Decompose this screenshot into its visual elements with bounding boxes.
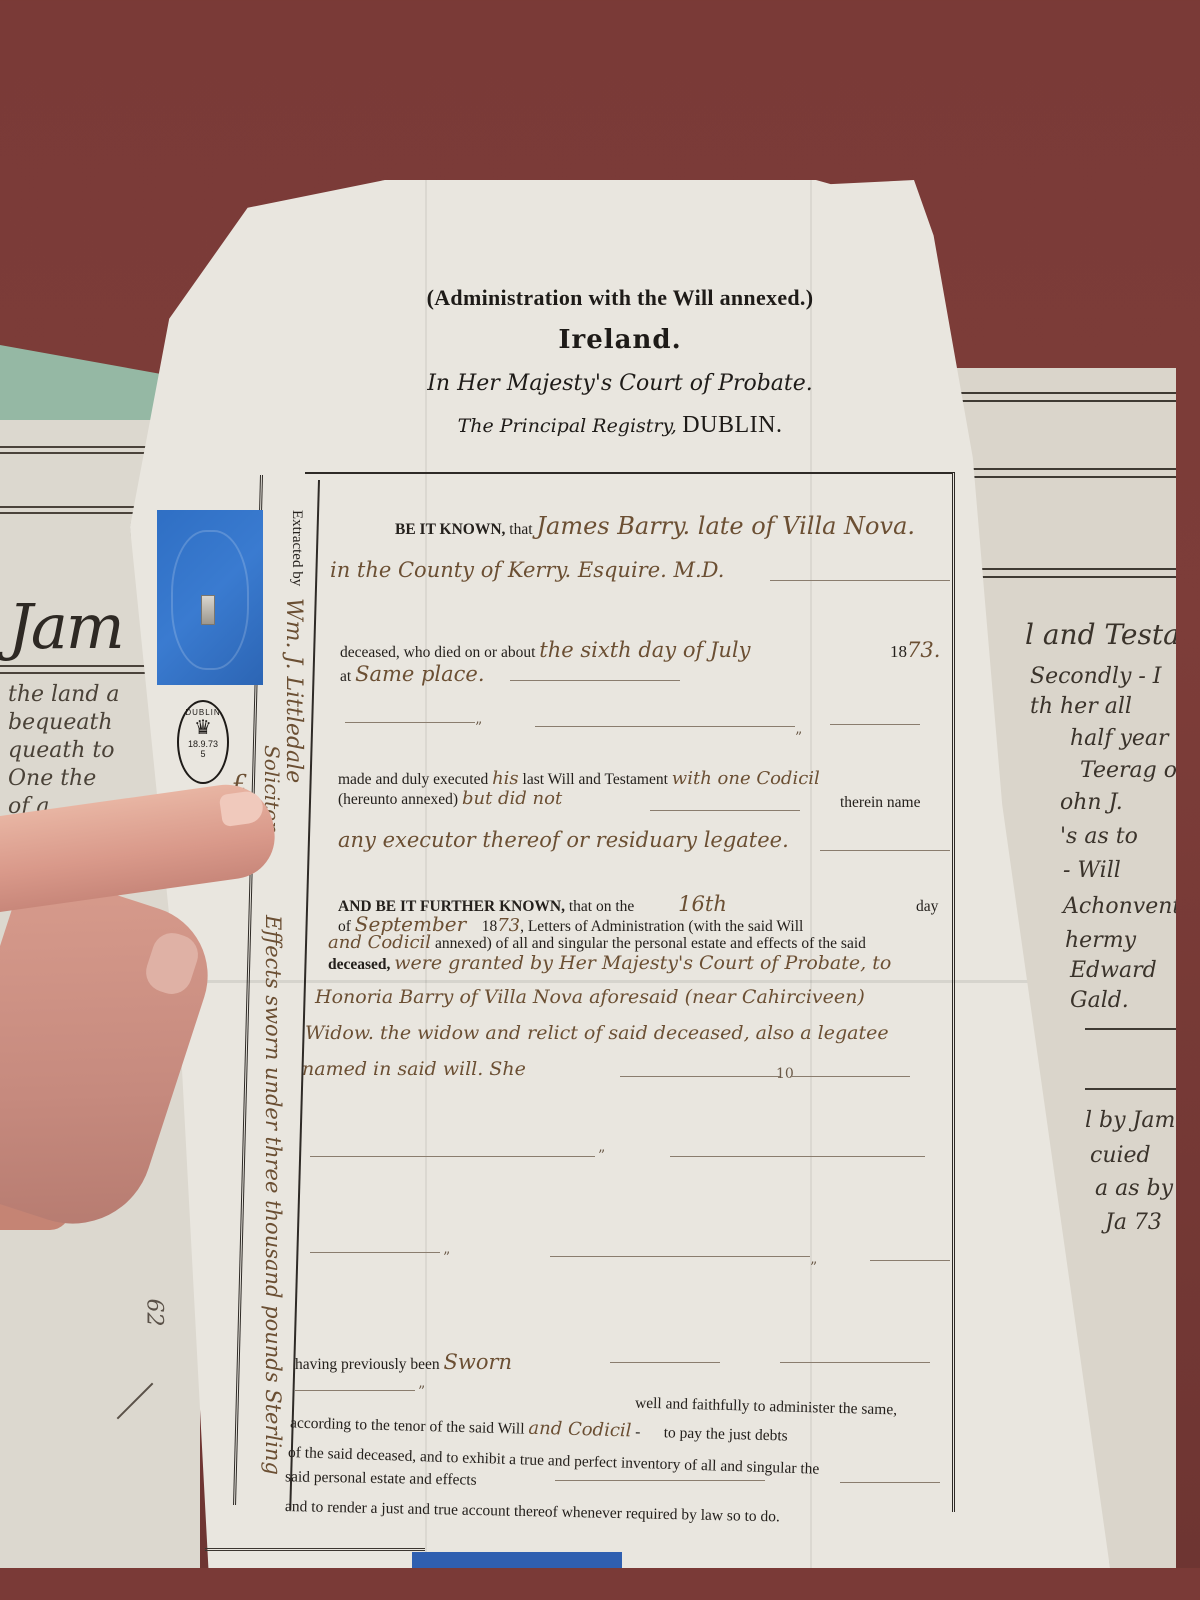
- lower-margin-mark: 62: [142, 1299, 167, 1327]
- revenue-stamp: [157, 510, 263, 685]
- therein-label: therein name: [840, 794, 920, 812]
- effects-row: said personal estate and effects: [285, 1468, 477, 1489]
- effects-sworn-note: Effects sworn under three thousand pound…: [261, 915, 285, 1475]
- right-doc-line: th her all: [1030, 694, 1132, 719]
- right-doc-line: Achonvent: [1063, 894, 1176, 919]
- executed-row: made and duly executed his last Will and…: [338, 768, 820, 789]
- death-row: deceased, who died on or about the sixth…: [340, 638, 750, 662]
- right-doc-line: hermy: [1065, 928, 1136, 953]
- day-label: day: [916, 898, 938, 916]
- granted-row: deceased, were granted by Her Majesty's …: [328, 952, 891, 974]
- be-it-known-row: BE IT KNOWN, that James Barry. late of V…: [395, 512, 915, 540]
- document-header: (Administration with the Will annexed.) …: [400, 285, 840, 439]
- left-doc-line: the land a: [8, 682, 120, 707]
- sworn-text: Sworn: [444, 1350, 513, 1374]
- right-doc-line: Ja 73: [1105, 1210, 1162, 1235]
- executor-note: any executor thereof or residuary legate…: [338, 828, 789, 852]
- grantee-line-1: Honoria Barry of Villa Nova aforesaid (n…: [315, 986, 865, 1008]
- extracted-by-name: Wm. J. Littledale: [281, 598, 306, 783]
- registry-title: The Principal Registry, DUBLIN.: [400, 412, 840, 439]
- right-doc-line: l and Testam: [1025, 618, 1176, 651]
- death-year: 1873.: [890, 638, 940, 662]
- extracted-by-label: Extracted by: [288, 510, 305, 586]
- annexed-row: (hereunto annexed) but did not: [338, 788, 562, 809]
- sworn-row: having previously been Sworn: [295, 1350, 512, 1374]
- crown-icon: ♛: [179, 717, 227, 739]
- codicil-annexed-row: and Codicil annexed) of all and singular…: [328, 932, 866, 953]
- bottom-rule: [205, 1548, 425, 1551]
- form-type: (Administration with the Will annexed.): [400, 285, 840, 311]
- right-doc-line: l by Jam: [1085, 1108, 1175, 1133]
- court-title: In Her Majesty's Court of Probate.: [400, 371, 840, 396]
- bottom-blue-stamp-edge: [412, 1552, 622, 1568]
- right-doc-line: 's as to: [1060, 824, 1138, 849]
- grantee-line-3: named in said will. She: [302, 1058, 526, 1080]
- left-doc-heading: Jam: [8, 590, 123, 663]
- stamp-silver-label: [201, 595, 215, 625]
- deceased-name: James Barry. late of Villa Nova.: [536, 512, 915, 540]
- right-doc-line: - Will: [1063, 858, 1121, 883]
- left-doc-line: bequeath: [8, 710, 113, 735]
- death-place: Same place.: [355, 662, 484, 686]
- left-doc-line: One the: [8, 766, 96, 791]
- death-place-row: at Same place.: [340, 662, 485, 686]
- codicil-note: with one Codicil: [672, 768, 820, 789]
- right-doc-line: Secondly - I: [1030, 664, 1161, 689]
- right-doc-line: Gald.: [1070, 988, 1129, 1013]
- right-doc-line: ohn J.: [1060, 790, 1123, 815]
- right-doc-line: Edward: [1070, 958, 1157, 983]
- right-doc-line: half year: [1070, 726, 1169, 751]
- right-doc-line: Teerag or: [1080, 758, 1176, 783]
- granted-text: were granted by Her Majesty's Court of P…: [394, 952, 891, 974]
- grantee-line-2: Widow. the widow and relict of said dece…: [305, 1022, 889, 1044]
- right-doc-line: a as by: [1095, 1176, 1173, 1201]
- country-title: Ireland.: [400, 325, 840, 355]
- dublin-seal: DUBLIN ♛ 18.9.73 5: [177, 700, 229, 784]
- left-doc-line: queath to: [8, 738, 114, 763]
- right-doc-line: cuied: [1090, 1143, 1151, 1168]
- deceased-address: in the County of Kerry. Esquire. M.D.: [330, 558, 724, 582]
- death-date: the sixth day of July: [539, 638, 750, 662]
